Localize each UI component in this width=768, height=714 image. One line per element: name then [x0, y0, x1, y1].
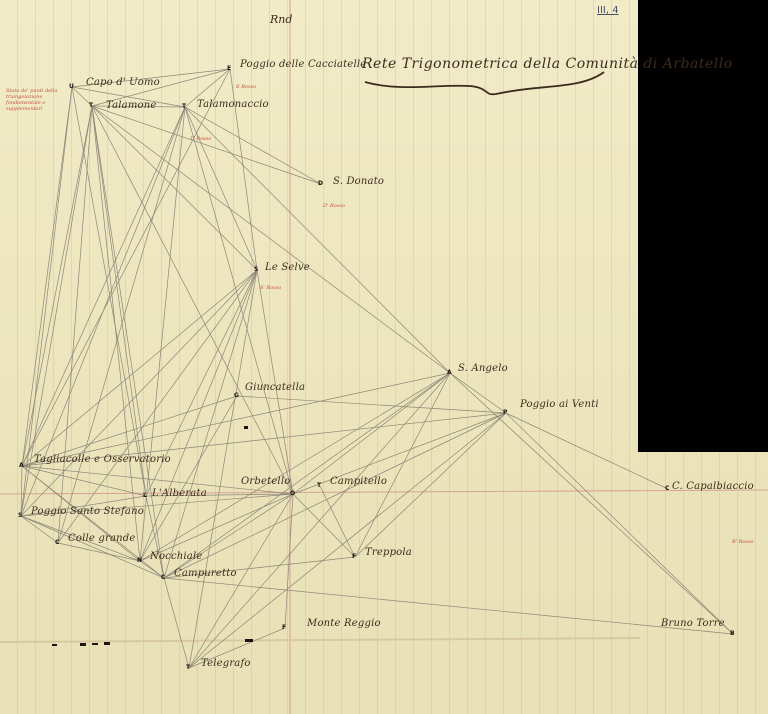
station-label-l: L'Alberata — [152, 488, 207, 499]
sight-line — [320, 486, 355, 557]
sight-line — [58, 107, 185, 543]
station-marker-f2: F — [282, 624, 286, 631]
station-label-f1: Treppola — [365, 547, 412, 558]
sight-line — [189, 494, 293, 668]
station-label-f2: Monte Reggio — [307, 618, 381, 629]
sight-line — [164, 413, 506, 578]
sight-line — [92, 106, 450, 373]
sight-line — [21, 516, 164, 578]
station-label-t1: Talamone — [106, 100, 156, 111]
sight-line — [293, 494, 355, 557]
sight-line — [164, 578, 733, 634]
station-label-a1: S. Angelo — [458, 363, 508, 374]
title-flourish — [365, 72, 604, 94]
sight-line — [189, 270, 257, 668]
station-label-s2: Poggio Santo Stefano — [31, 506, 144, 517]
sight-line — [22, 373, 450, 466]
sight-line — [140, 373, 450, 561]
sight-line — [22, 270, 257, 466]
station-marker-a1: A — [447, 369, 452, 376]
station-marker-t4: T — [186, 664, 190, 671]
sight-line — [450, 373, 506, 413]
station-marker-e: E — [227, 65, 231, 72]
station-marker-s2: S — [18, 512, 22, 519]
station-label-p: Poggio ai Venti — [520, 399, 599, 410]
red-annotation: E Rosso — [236, 84, 256, 90]
map-sheet: Rnd III, 4 Rete Trigonometrica della Com… — [0, 0, 768, 714]
station-marker-l: L — [143, 492, 147, 499]
sight-line — [164, 578, 189, 668]
station-marker-t3: T — [317, 482, 321, 489]
sight-line — [185, 107, 321, 184]
red-annotation: D' Rosso — [323, 203, 345, 209]
station-label-t4: Telegrafo — [201, 658, 251, 669]
station-marker-s1: S — [254, 266, 258, 273]
red-margin-note: Stato de' punti della triangolazione fon… — [6, 88, 64, 112]
station-label-s1: Le Selve — [265, 262, 310, 273]
station-label-b: Bruno Torre — [661, 618, 725, 629]
red-annotation: T' Rosso — [190, 136, 211, 142]
station-marker-c1: C — [55, 539, 59, 546]
sight-line — [22, 107, 185, 466]
sight-line — [164, 270, 257, 578]
station-marker-n: N — [137, 557, 142, 564]
station-label-d: S. Donato — [333, 176, 384, 187]
station-label-c2: Campuretto — [174, 568, 237, 579]
sight-line — [506, 413, 733, 634]
station-label-t3: Campitello — [330, 476, 387, 487]
header-note: Rnd — [270, 13, 292, 26]
station-label-c3: C. Capalbiaccio — [672, 481, 754, 492]
station-marker-c2: C — [161, 574, 165, 581]
station-marker-f1: F — [352, 553, 356, 560]
station-label-u: Capo d' Uomo — [86, 77, 160, 88]
sight-line — [285, 494, 293, 628]
red-parallel-line — [0, 490, 768, 494]
sight-line — [22, 87, 72, 466]
sight-line — [92, 106, 146, 496]
station-label-a2: Tagliacolle e Osservatorio — [34, 454, 171, 465]
sight-line — [164, 494, 293, 578]
station-label-e: Poggio delle Cacciatelle — [240, 59, 366, 70]
station-marker-g: G — [234, 392, 239, 399]
station-label-n: Nocchiale — [150, 551, 203, 562]
station-marker-p: P — [503, 409, 507, 416]
station-label-o: Orbetello — [241, 476, 290, 487]
sight-line — [22, 106, 92, 466]
station-marker-d: D — [318, 180, 323, 187]
station-marker-u: U — [69, 83, 74, 90]
sight-line — [185, 107, 293, 494]
station-label-t2: Talamonaccio — [197, 99, 269, 110]
sight-line — [58, 270, 257, 543]
sight-line — [58, 106, 92, 543]
map-title: Rete Trigonometrica della Comunità di Ar… — [362, 56, 733, 72]
sheet-reference: III, 4 — [597, 5, 619, 16]
station-label-g: Giuncatella — [245, 382, 305, 393]
sight-lines — [21, 69, 733, 668]
station-marker-t2: T — [182, 103, 186, 110]
sight-line — [185, 107, 450, 373]
fold-crease — [0, 638, 640, 642]
red-annotation: B' Rosso — [732, 539, 754, 545]
station-marker-c3: C — [665, 485, 669, 492]
station-marker-a2: A — [19, 462, 24, 469]
sight-line — [189, 413, 506, 668]
sight-line — [506, 413, 668, 489]
station-label-c1: Colle grande — [68, 533, 135, 544]
station-marker-t1: T — [89, 102, 93, 109]
sight-line — [293, 413, 506, 494]
station-marker-b: B — [730, 630, 735, 637]
sheet-reference-text: III, 4 — [597, 5, 619, 16]
station-marker-o: O — [290, 490, 295, 497]
red-annotation: S' Rosso — [260, 285, 281, 291]
